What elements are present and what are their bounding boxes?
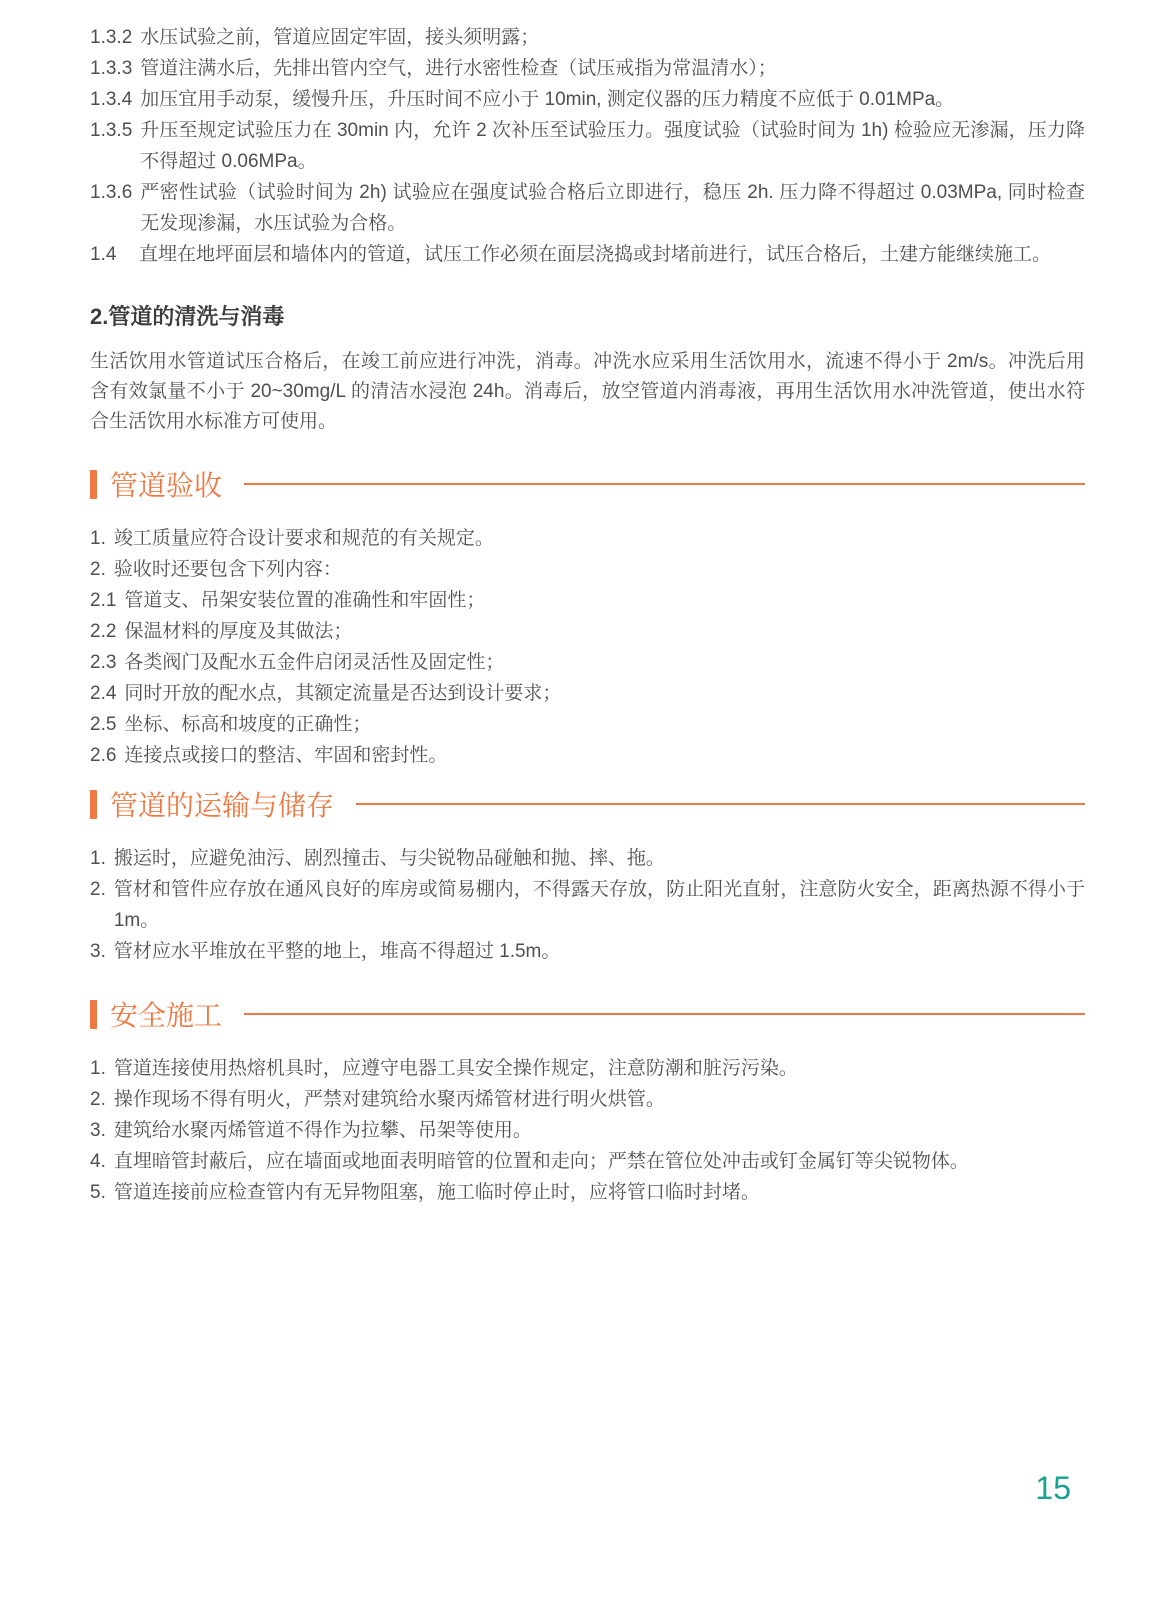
list-item-text: 管道注满水后，先排出管内空气，进行水密性检查（试压戒指为常温清水）； [140,53,1085,84]
list-item-text: 保温材料的厚度及其做法； [124,616,1085,647]
list-item-number: 1. [90,523,106,554]
list-item-number: 1.3.2 [90,22,132,53]
acceptance-section-title: 管道验收 [110,464,222,504]
section-rule-line [244,483,1085,485]
list-item: 1.4 直埋在地坪面层和墙体内的管道，试压工作必须在面层浇捣或封堵前进行，试压合… [90,239,1085,270]
list-item: 1. 竣工质量应符合设计要求和规范的有关规定。 [90,523,1085,554]
acceptance-section-header: 管道验收 [90,467,1085,501]
list-item: 1.3.6 严密性试验（试验时间为 2h) 试验应在强度试验合格后立即进行，稳压… [90,177,1085,239]
list-item-text: 搬运时，应避免油污、剧烈撞击、与尖锐物品碰触和抛、摔、拖。 [114,843,1085,874]
safety-list: 1. 管道连接使用热熔机具时，应遵守电器工具安全操作规定，注意防潮和脏污污染。 … [90,1053,1085,1208]
list-item-number: 2.4 [90,678,116,709]
list-item: 3. 建筑给水聚丙烯管道不得作为拉攀、吊架等使用。 [90,1115,1085,1146]
transport-section-title: 管道的运输与储存 [110,784,334,824]
list-item-text: 各类阀门及配水五金件启闭灵活性及固定性； [124,647,1085,678]
section-accent-bar [90,1000,97,1029]
list-item: 2. 操作现场不得有明火，严禁对建筑给水聚丙烯管材进行明火烘管。 [90,1084,1085,1115]
list-item-number: 1. [90,843,106,874]
list-item: 2. 管材和管件应存放在通风良好的库房或简易棚内，不得露天存放，防止阳光直射，注… [90,874,1085,936]
list-item-number: 2.6 [90,740,116,771]
list-item-number: 1.3.3 [90,53,132,84]
list-item: 5. 管道连接前应检查管内有无异物阻塞，施工临时停止时，应将管口临时封堵。 [90,1177,1085,1208]
list-item-number: 1.4 [90,239,131,270]
list-item: 2.2 保温材料的厚度及其做法； [90,616,1085,647]
list-item-text: 管道连接前应检查管内有无异物阻塞，施工临时停止时，应将管口临时封堵。 [114,1177,1085,1208]
list-item-text: 竣工质量应符合设计要求和规范的有关规定。 [114,523,1085,554]
list-item: 1. 管道连接使用热熔机具时，应遵守电器工具安全操作规定，注意防潮和脏污污染。 [90,1053,1085,1084]
list-item-text: 验收时还要包含下列内容： [114,554,1085,585]
list-item-text: 管材和管件应存放在通风良好的库房或简易棚内，不得露天存放，防止阳光直射，注意防火… [114,874,1085,936]
hydro-test-list: 1.3.2 水压试验之前，管道应固定牢固，接头须明露； 1.3.3 管道注满水后… [90,22,1085,270]
list-item: 2.1 管道支、吊架安装位置的准确性和牢固性； [90,585,1085,616]
list-item-number: 3. [90,936,106,967]
list-item-text: 加压宜用手动泵，缓慢升压，升压时间不应小于 10min, 测定仪器的压力精度不应… [140,84,1085,115]
list-item-number: 2.1 [90,585,116,616]
cleaning-section-heading: 2.管道的清洗与消毒 [90,300,1085,331]
list-item: 2.4 同时开放的配水点，其额定流量是否达到设计要求； [90,678,1085,709]
list-item-text: 管道支、吊架安装位置的准确性和牢固性； [124,585,1085,616]
list-item: 2.6 连接点或接口的整洁、牢固和密封性。 [90,740,1085,771]
list-item-number: 2.3 [90,647,116,678]
list-item-number: 1.3.4 [90,84,132,115]
list-item: 1.3.3 管道注满水后，先排出管内空气，进行水密性检查（试压戒指为常温清水）； [90,53,1085,84]
section-accent-bar [90,790,97,819]
list-item-text: 直埋暗管封蔽后，应在墙面或地面表明暗管的位置和走向；严禁在管位处冲击或钉金属钉等… [114,1146,1085,1177]
list-item-number: 5. [90,1177,106,1208]
list-item-number: 4. [90,1146,106,1177]
list-item: 3. 管材应水平堆放在平整的地上，堆高不得超过 1.5m。 [90,936,1085,967]
list-item-number: 2. [90,1084,106,1115]
list-item: 2.5 坐标、标高和坡度的正确性； [90,709,1085,740]
section-rule-line [244,1013,1085,1015]
list-item: 1. 搬运时，应避免油污、剧烈撞击、与尖锐物品碰触和抛、摔、拖。 [90,843,1085,874]
list-item-text: 管道连接使用热熔机具时，应遵守电器工具安全操作规定，注意防潮和脏污污染。 [114,1053,1085,1084]
page-content: 1.3.2 水压试验之前，管道应固定牢固，接头须明露； 1.3.3 管道注满水后… [90,0,1085,1208]
transport-section-header: 管道的运输与储存 [90,787,1085,821]
list-item-text: 建筑给水聚丙烯管道不得作为拉攀、吊架等使用。 [114,1115,1085,1146]
list-item-number: 2. [90,554,106,585]
list-item: 1.3.2 水压试验之前，管道应固定牢固，接头须明露； [90,22,1085,53]
list-item-number: 1.3.6 [90,177,132,239]
list-item-number: 1. [90,1053,106,1084]
list-item-text: 坐标、标高和坡度的正确性； [124,709,1085,740]
list-item-number: 2.2 [90,616,116,647]
transport-list: 1. 搬运时，应避免油污、剧烈撞击、与尖锐物品碰触和抛、摔、拖。 2. 管材和管… [90,843,1085,967]
list-item: 1.3.5 升压至规定试验压力在 30min 内，允许 2 次补压至试验压力。强… [90,115,1085,177]
list-item-text: 管材应水平堆放在平整的地上，堆高不得超过 1.5m。 [114,936,1085,967]
list-item-number: 2.5 [90,709,116,740]
list-item-text: 直埋在地坪面层和墙体内的管道，试压工作必须在面层浇捣或封堵前进行，试压合格后，土… [139,239,1085,270]
safety-section-title: 安全施工 [110,994,222,1034]
list-item-text: 严密性试验（试验时间为 2h) 试验应在强度试验合格后立即进行，稳压 2h. 压… [140,177,1085,239]
list-item-text: 连接点或接口的整洁、牢固和密封性。 [124,740,1085,771]
list-item: 4. 直埋暗管封蔽后，应在墙面或地面表明暗管的位置和走向；严禁在管位处冲击或钉金… [90,1146,1085,1177]
list-item-number: 2. [90,874,106,936]
list-item-text: 水压试验之前，管道应固定牢固，接头须明露； [140,22,1085,53]
list-item-text: 升压至规定试验压力在 30min 内，允许 2 次补压至试验压力。强度试验（试验… [140,115,1085,177]
list-item: 1.3.4 加压宜用手动泵，缓慢升压，升压时间不应小于 10min, 测定仪器的… [90,84,1085,115]
list-item-text: 操作现场不得有明火，严禁对建筑给水聚丙烯管材进行明火烘管。 [114,1084,1085,1115]
section-rule-line [356,803,1085,805]
list-item-text: 同时开放的配水点，其额定流量是否达到设计要求； [124,678,1085,709]
list-item: 2. 验收时还要包含下列内容： [90,554,1085,585]
section-accent-bar [90,470,97,499]
list-item-number: 3. [90,1115,106,1146]
safety-section-header: 安全施工 [90,997,1085,1031]
document-page: 1.3.2 水压试验之前，管道应固定牢固，接头须明露； 1.3.3 管道注满水后… [0,0,1171,1600]
cleaning-paragraph: 生活饮用水管道试压合格后，在竣工前应进行冲洗，消毒。冲洗水应采用生活饮用水，流速… [90,347,1085,437]
list-item: 2.3 各类阀门及配水五金件启闭灵活性及固定性； [90,647,1085,678]
list-item-number: 1.3.5 [90,115,132,177]
acceptance-list: 1. 竣工质量应符合设计要求和规范的有关规定。 2. 验收时还要包含下列内容： … [90,523,1085,771]
page-number: 15 [1035,1470,1071,1507]
